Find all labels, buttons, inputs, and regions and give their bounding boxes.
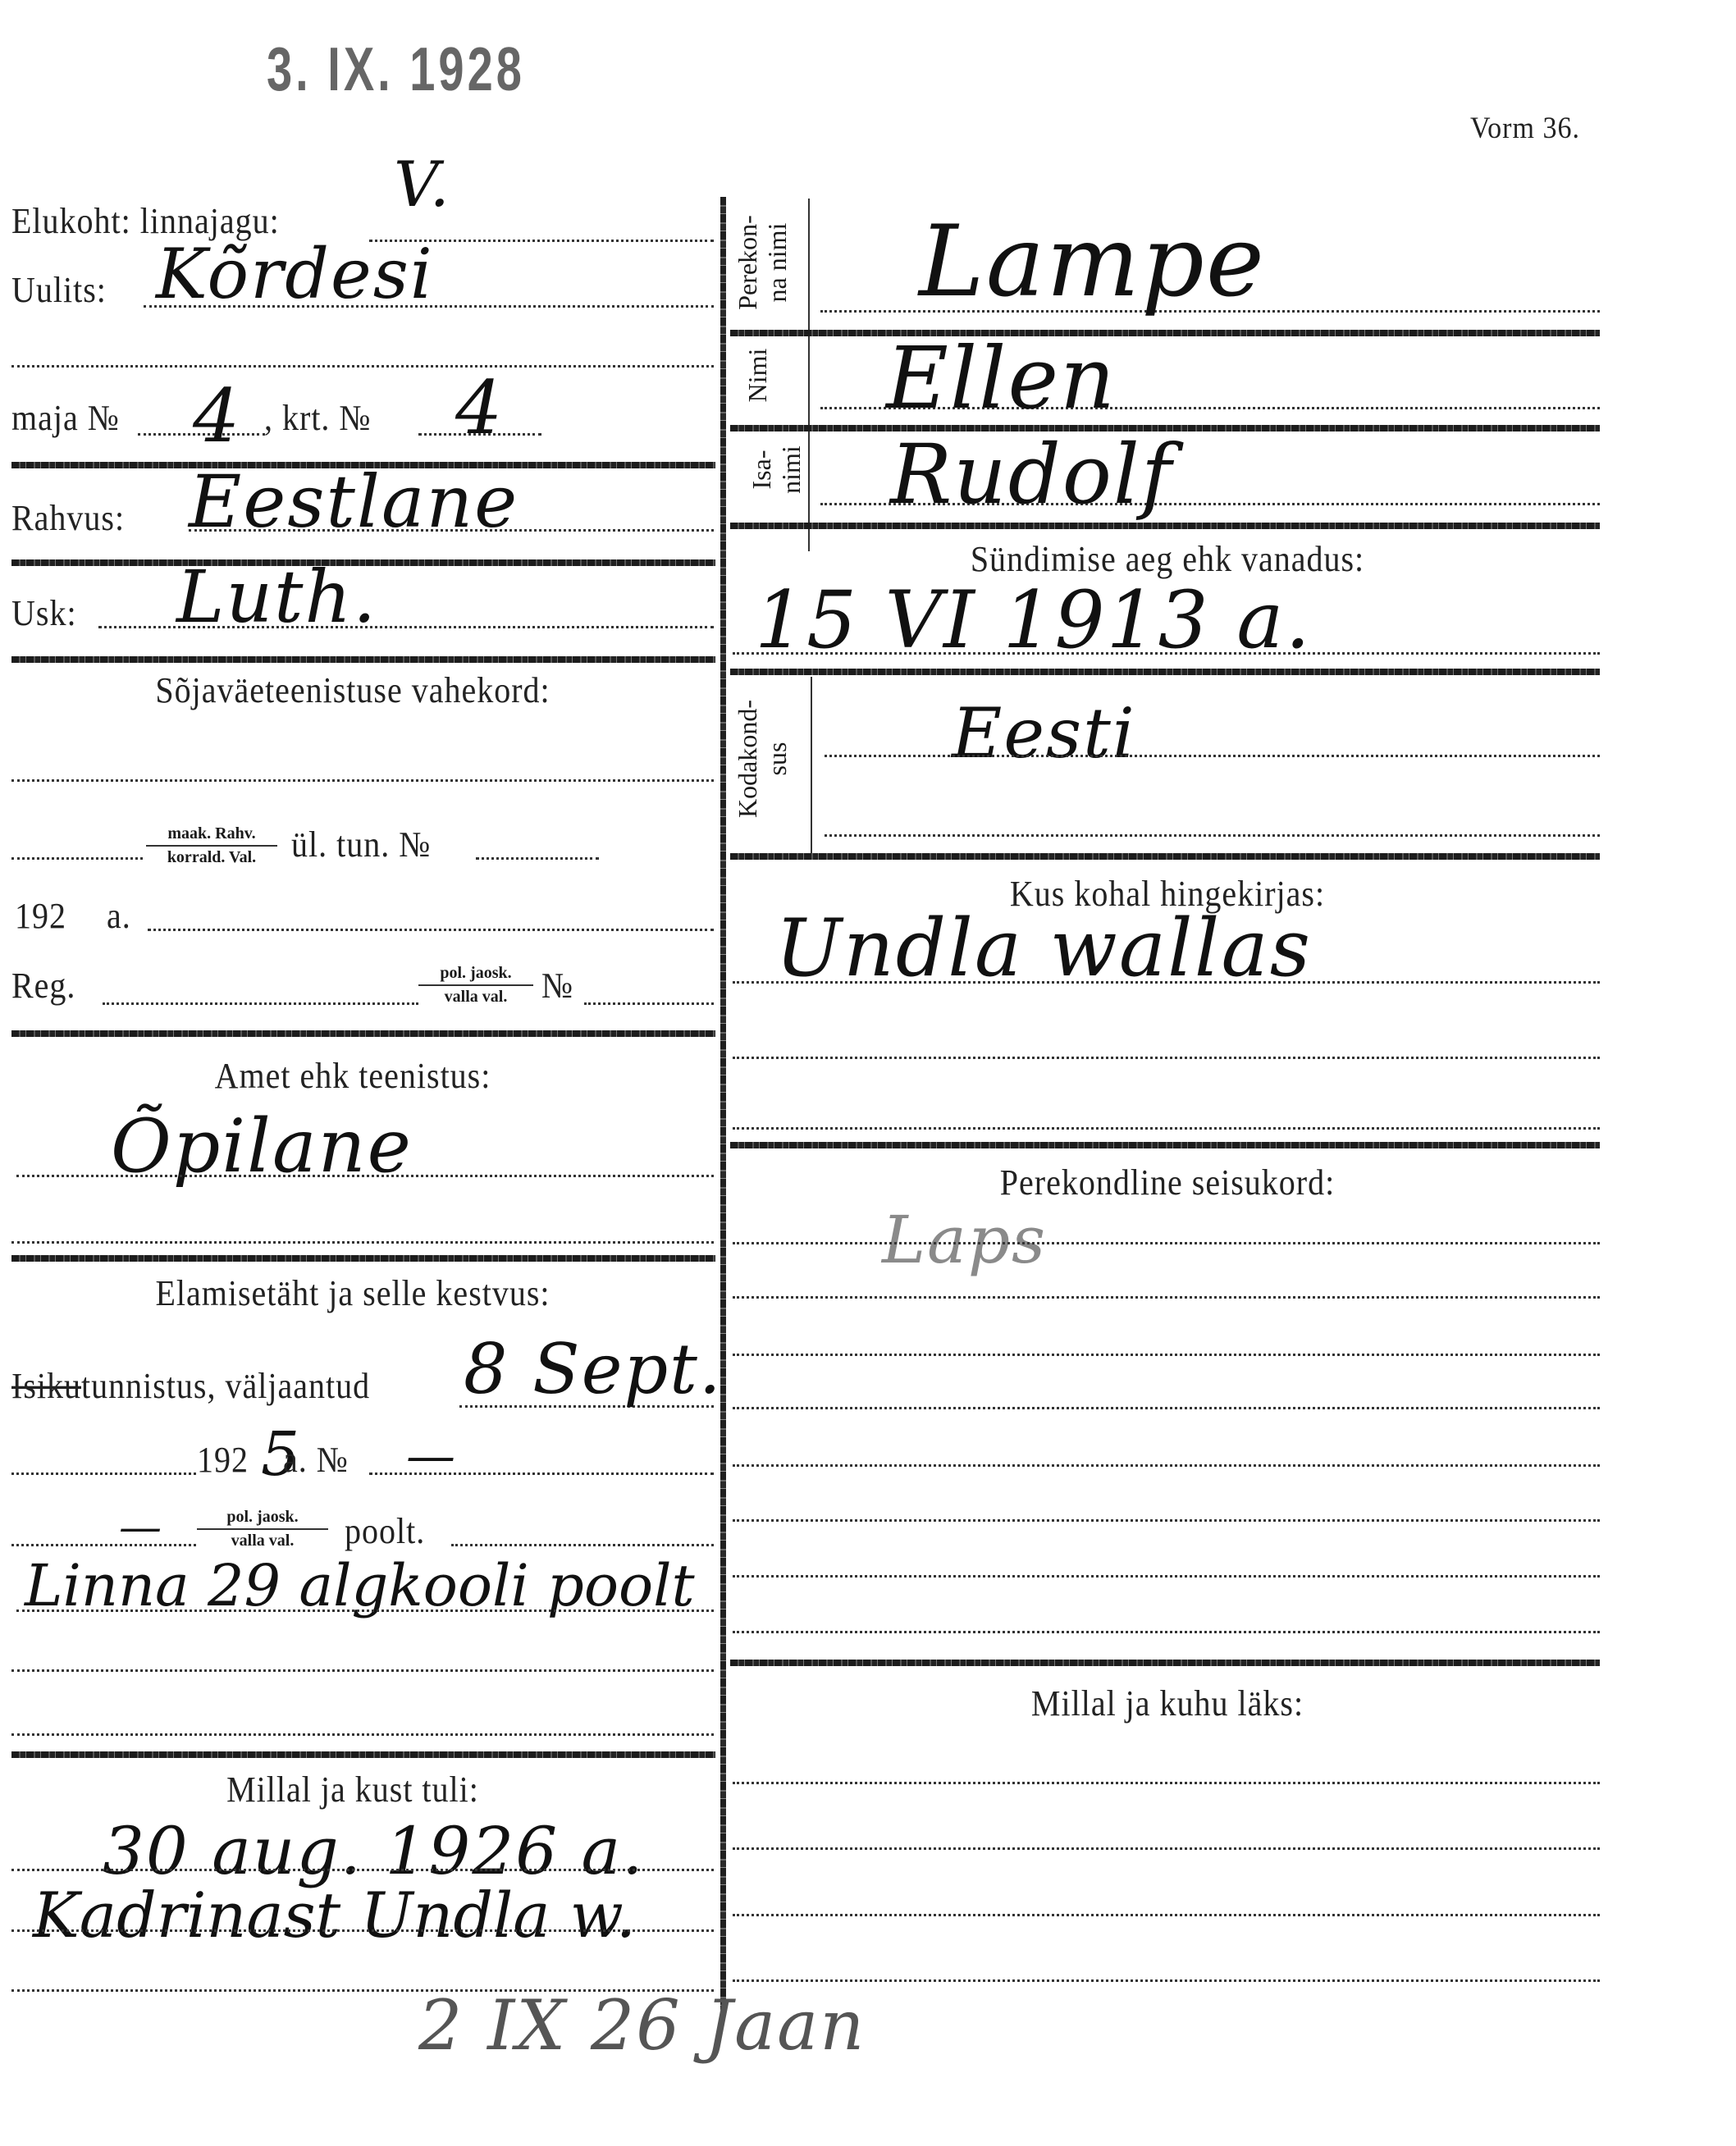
street-line-2: [11, 365, 714, 368]
reg-number-line: [584, 1002, 714, 1005]
military-heading: Sõjaväeteenistuse vahekord:: [0, 669, 706, 711]
fraction-bottom: valla val.: [418, 986, 533, 1007]
fraction-bottom: valla val.: [197, 1530, 328, 1550]
citizenship-line-2: [825, 834, 1600, 837]
ul-tun-label: ül. tun. №: [291, 823, 431, 865]
surname-label-line2: na nimi: [762, 201, 792, 324]
arrival-line-1: [11, 1869, 714, 1871]
arrival-heading: Millal ja kust tuli:: [0, 1768, 706, 1810]
religion-value: Luth.: [176, 555, 377, 639]
citizenship-label: Kodakond- sus: [733, 677, 792, 841]
marital-line-2: [733, 1296, 1600, 1299]
fraction-top: maak. Rahv.: [146, 824, 277, 847]
section-rule: [11, 1255, 715, 1262]
year-line: [148, 929, 714, 931]
label-column-divider: [811, 677, 812, 857]
permit-year-prefix: 192: [197, 1438, 249, 1481]
marital-line-4: [733, 1407, 1600, 1409]
father-name-label: Isa- nimi: [747, 431, 806, 509]
issuer-by-label: poolt.: [345, 1509, 425, 1552]
label-column-divider: [808, 199, 810, 551]
doc-label: tunnistus, väljaantud: [81, 1365, 370, 1406]
marital-status-value: Laps: [882, 1202, 1047, 1278]
section-rule: [730, 669, 1600, 675]
permit-year-suffix: a. №: [283, 1438, 349, 1481]
section-rule: [11, 656, 715, 663]
section-rule: [730, 1660, 1600, 1666]
departure-line-1: [733, 1782, 1600, 1784]
father-name-label-line2: nimi: [776, 431, 806, 509]
fraction-top: pol. jaosk.: [197, 1508, 328, 1530]
permit-doc-label: Isikutunnistus, väljaantud: [11, 1364, 370, 1407]
marital-line-6: [733, 1519, 1600, 1522]
citizenship-label-line1: Kodakond-: [733, 677, 762, 841]
date-stamp: 3. IX. 1928: [267, 33, 525, 105]
issuer-line-2: [16, 1609, 714, 1612]
street-label: Uulits:: [11, 268, 107, 311]
marital-line-3: [733, 1354, 1600, 1356]
occupation-heading: Amet ehk teenistus:: [0, 1054, 706, 1097]
residence-permit-heading: Elamisetäht ja selle kestvus:: [0, 1272, 706, 1314]
first-name-label: Nimi: [742, 336, 772, 414]
section-rule: [11, 1751, 715, 1758]
departure-line-4: [733, 1979, 1600, 1982]
surname-value: Lampe: [919, 205, 1266, 319]
marital-status-heading: Perekondline seisukord:: [733, 1161, 1602, 1203]
military-line-1: [11, 779, 714, 782]
ul-tun-line: [476, 857, 599, 860]
departure-heading: Millal ja kuhu läks:: [733, 1682, 1602, 1724]
first-name-label-text: Nimi: [742, 336, 772, 414]
arrival-line-2: [11, 1929, 714, 1932]
registry-line-3: [733, 1127, 1600, 1130]
departure-line-2: [733, 1847, 1600, 1850]
military-line-2: [11, 857, 143, 860]
father-name-label-line1: Isa-: [747, 431, 776, 509]
nationality-label: Rahvus:: [11, 496, 125, 539]
issuer-line-right: [451, 1544, 714, 1546]
form-number: Vorm 36.: [1470, 112, 1580, 146]
house-number-value: 4: [193, 373, 241, 459]
house-number-label: maja №: [11, 396, 120, 439]
year-suffix: a.: [107, 894, 131, 937]
fraction-top: pol. jaosk.: [418, 964, 533, 986]
section-rule: [730, 523, 1600, 529]
section-rule: [730, 1142, 1600, 1148]
citizenship-value: Eesti: [952, 693, 1136, 774]
father-name-value: Rudolf: [890, 427, 1173, 523]
marital-line-5: [733, 1464, 1600, 1467]
permit-number-value: —: [406, 1427, 457, 1485]
section-rule: [730, 330, 1600, 336]
marital-line-1: [733, 1242, 1600, 1244]
departure-line-3: [733, 1914, 1600, 1916]
struck-prefix: Isiku: [11, 1365, 81, 1406]
occupation-line-1: [16, 1175, 714, 1177]
first-name-value: Ellen: [886, 328, 1117, 428]
section-rule: [730, 853, 1600, 860]
registry-line-2: [733, 1057, 1600, 1059]
arrival-line-2-value: Kadrinast Undla w.: [33, 1879, 636, 1952]
military-fraction: maak. Rahv. korrald. Val.: [146, 824, 277, 867]
religion-label: Usk:: [11, 591, 77, 634]
apartment-label: , krt. №: [264, 396, 372, 439]
fraction-bottom: korrald. Val.: [146, 847, 277, 867]
issuer-line-left: [11, 1544, 196, 1546]
issuer-fraction: pol. jaosk. valla val.: [197, 1508, 328, 1550]
column-divider: [720, 197, 726, 2010]
reg-label: Reg.: [11, 964, 75, 1007]
reg-number-label: №: [541, 964, 573, 1007]
marital-line-7: [733, 1575, 1600, 1578]
marital-line-8: [733, 1631, 1600, 1633]
registry-line-1: [733, 981, 1600, 984]
section-rule: [11, 1030, 715, 1037]
surname-label-line1: Perekon-: [733, 201, 762, 324]
occupation-line-2: [11, 1241, 714, 1244]
issuer-prefix-value: —: [119, 1503, 163, 1552]
citizenship-label-line2: sus: [762, 677, 792, 841]
street-value: Kõrdesi: [156, 234, 434, 314]
issued-value: 8 Sept.: [464, 1329, 723, 1409]
reg-line: [103, 1002, 418, 1005]
permit-line-3: [11, 1669, 714, 1672]
district-value: V.: [394, 148, 451, 221]
apartment-value: 4: [455, 365, 504, 451]
surname-label: Perekon- na nimi: [733, 201, 792, 324]
footer-note: 2 IX 26 Jaan: [418, 1985, 866, 2066]
permit-year-line-left: [11, 1473, 196, 1475]
citizenship-line-1: [825, 755, 1600, 757]
reg-fraction: pol. jaosk. valla val.: [418, 964, 533, 1007]
year-prefix: 192: [15, 894, 66, 937]
birth-line: [733, 652, 1600, 655]
permit-line-4: [11, 1733, 714, 1736]
nationality-value: Eestlane: [189, 459, 519, 544]
